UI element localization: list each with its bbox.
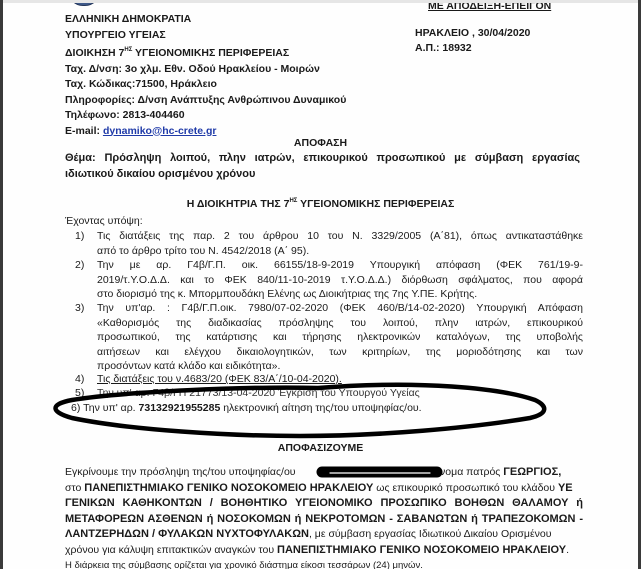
- header-administration: ΔΙΟΙΚΗΣΗ 7ΗΣ ΥΓΕΙΟΝΟΜΙΚΗΣ ΠΕΡΙΦΕΡΕΙΑΣ: [65, 43, 346, 62]
- decision-paragraph: Εγκρίνουμε την πρόσληψη της/του υποψηφία…: [65, 465, 583, 569]
- list-item: 5) Την υπ' αρ. Γ4β/ΓΠ 21773/13-04-2020 Έ…: [75, 386, 583, 401]
- list-item-application: 6) Την υπ' αρ. 73132921955285 ηλεκτρονικ…: [71, 401, 422, 415]
- decision-title: ΑΠΟΦΑΣΗ: [3, 137, 638, 149]
- list-item: 1) Τις διατάξεις της παρ. 2 του άρθρου 1…: [75, 229, 583, 258]
- header-phone: Τηλέφωνο: 2813-404460: [65, 108, 346, 124]
- header-republic: ΕΛΛΗΝΙΚΗ ΔΗΜΟΚΡΑΤΙΑ: [65, 12, 346, 28]
- subject: Θέμα: Πρόσληψη λοιπού, πλην ιατρών, επικ…: [65, 151, 580, 182]
- email-link[interactable]: dynamiko@hc-crete.gr: [103, 125, 217, 137]
- header-ministry: ΥΠΟΥΡΓΕΙΟ ΥΓΕΙΑΣ: [65, 28, 346, 44]
- protocol-number: Α.Π.: 18932: [415, 42, 472, 54]
- top-edge-shadow: [3, 0, 638, 3]
- header-address: Ταχ. Δ/νση: 3ο χλμ. Εθν. Οδού Ηρακλείου …: [65, 62, 346, 78]
- header-postal: Ταχ. Κώδικας:71500, Ηράκλειο: [65, 77, 346, 93]
- document-page: ΜΕ ΑΠΟΔΕΙΞΗ-ΕΠΕΙΓΟΝ ΕΛΛΗΝΙΚΗ ΔΗΜΟΚΡΑΤΙΑ …: [3, 0, 638, 569]
- list-item: 3) Την υπ'αρ. : Γ4β/Γ.Π.οικ. 7980/07-02-…: [75, 301, 583, 374]
- application-number: 73132921955285: [139, 402, 221, 414]
- list-item: 2) Την με αρ. Γ4β/Γ.Π. οικ. 66155/18-9-2…: [75, 258, 583, 302]
- decide-title: ΑΠΟΦΑΣΙΖΟΥΜΕ: [3, 442, 638, 454]
- father-name: ΓΕΩΡΓΙΟΣ,: [503, 466, 561, 478]
- considering-label: Έχοντας υπόψη:: [65, 214, 143, 228]
- authority-title: Η ΔΙΟΙΚΗΤΡΙΑ ΤΗΣ 7ΗΣ ΥΓΕΙΟΝΟΜΙΚΗΣ ΠΕΡΙΦΕ…: [3, 198, 638, 210]
- date-line: ΗΡΑΚΛΕΙΟ , 30/04/2020: [415, 27, 530, 39]
- header-info: Πληροφορίες: Δ/νση Ανάπτυξης Ανθρώπινου …: [65, 93, 346, 109]
- list-item: 4) Τις διατάξεις του ν.4683/20 (ΦΕΚ 83/Α…: [75, 372, 583, 387]
- header-block: ΕΛΛΗΝΙΚΗ ΔΗΜΟΚΡΑΤΙΑ ΥΠΟΥΡΓΕΙΟ ΥΓΕΙΑΣ ΔΙΟ…: [65, 12, 346, 139]
